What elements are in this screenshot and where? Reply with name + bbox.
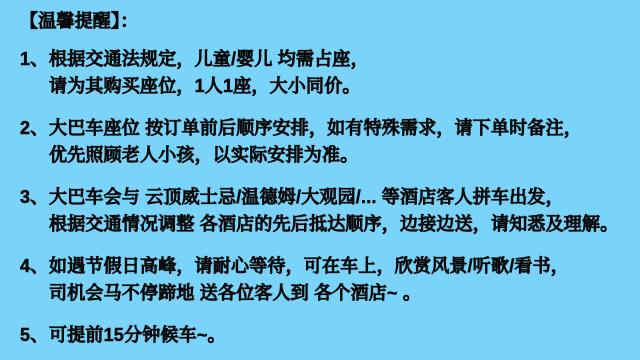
item-1-line-2: 请为其购买座位，1人1座，大小同价。 <box>49 73 369 100</box>
item-1-line-1: 根据交通法规定，儿童/婴儿 均需占座， <box>49 46 369 73</box>
notice-item-1: 1、 根据交通法规定，儿童/婴儿 均需占座， 请为其购买座位，1人1座，大小同价… <box>20 46 634 100</box>
item-4-line-1: 如遇节假日高峰，请耐心等待，可在车上，欣赏风景/听歌/看书， <box>49 253 569 280</box>
item-5-lines: 可提前15分钟候车~。 <box>49 322 226 349</box>
item-4-number: 4、 <box>20 253 49 280</box>
notice-title: 【温馨提醒】： <box>20 8 634 34</box>
item-3-number: 3、 <box>20 184 49 211</box>
item-5-line-1: 可提前15分钟候车~。 <box>49 322 226 349</box>
item-2-line-2: 优先照顾老人小孩，以实际安排为准。 <box>49 142 582 169</box>
item-4-line-2: 司机会马不停蹄地 送各位客人到 各个酒店~ 。 <box>49 280 569 307</box>
item-2-number: 2、 <box>20 115 49 142</box>
notice-page: { "page": { "background_color": "#7AD3F8… <box>0 0 640 360</box>
notice-item-3: 3、 大巴车会与 云顶威士忌/温德姆/大观园/... 等酒店客人拼车出发， 根据… <box>20 184 634 238</box>
item-3-line-2: 根据交通情况调整 各酒店的先后抵达顺序，边接边送，请知悉及理解。 <box>49 211 618 238</box>
item-3-lines: 大巴车会与 云顶威士忌/温德姆/大观园/... 等酒店客人拼车出发， 根据交通情… <box>49 184 618 238</box>
item-4-lines: 如遇节假日高峰，请耐心等待，可在车上，欣赏风景/听歌/看书， 司机会马不停蹄地 … <box>49 253 569 307</box>
notice-item-2: 2、 大巴车座位 按订单前后顺序安排，如有特殊需求，请下单时备注， 优先照顾老人… <box>20 115 634 169</box>
item-2-line-1: 大巴车座位 按订单前后顺序安排，如有特殊需求，请下单时备注， <box>49 115 582 142</box>
item-5-number: 5、 <box>20 322 49 349</box>
reminder-notice: 【温馨提醒】： 1、 根据交通法规定，儿童/婴儿 均需占座， 请为其购买座位，1… <box>0 0 640 360</box>
item-2-lines: 大巴车座位 按订单前后顺序安排，如有特殊需求，请下单时备注， 优先照顾老人小孩，… <box>49 115 582 169</box>
notice-item-4: 4、 如遇节假日高峰，请耐心等待，可在车上，欣赏风景/听歌/看书， 司机会马不停… <box>20 253 634 307</box>
item-1-number: 1、 <box>20 46 49 73</box>
notice-item-5: 5、 可提前15分钟候车~。 <box>20 322 634 349</box>
item-1-lines: 根据交通法规定，儿童/婴儿 均需占座， 请为其购买座位，1人1座，大小同价。 <box>49 46 369 100</box>
item-3-line-1: 大巴车会与 云顶威士忌/温德姆/大观园/... 等酒店客人拼车出发， <box>49 184 618 211</box>
